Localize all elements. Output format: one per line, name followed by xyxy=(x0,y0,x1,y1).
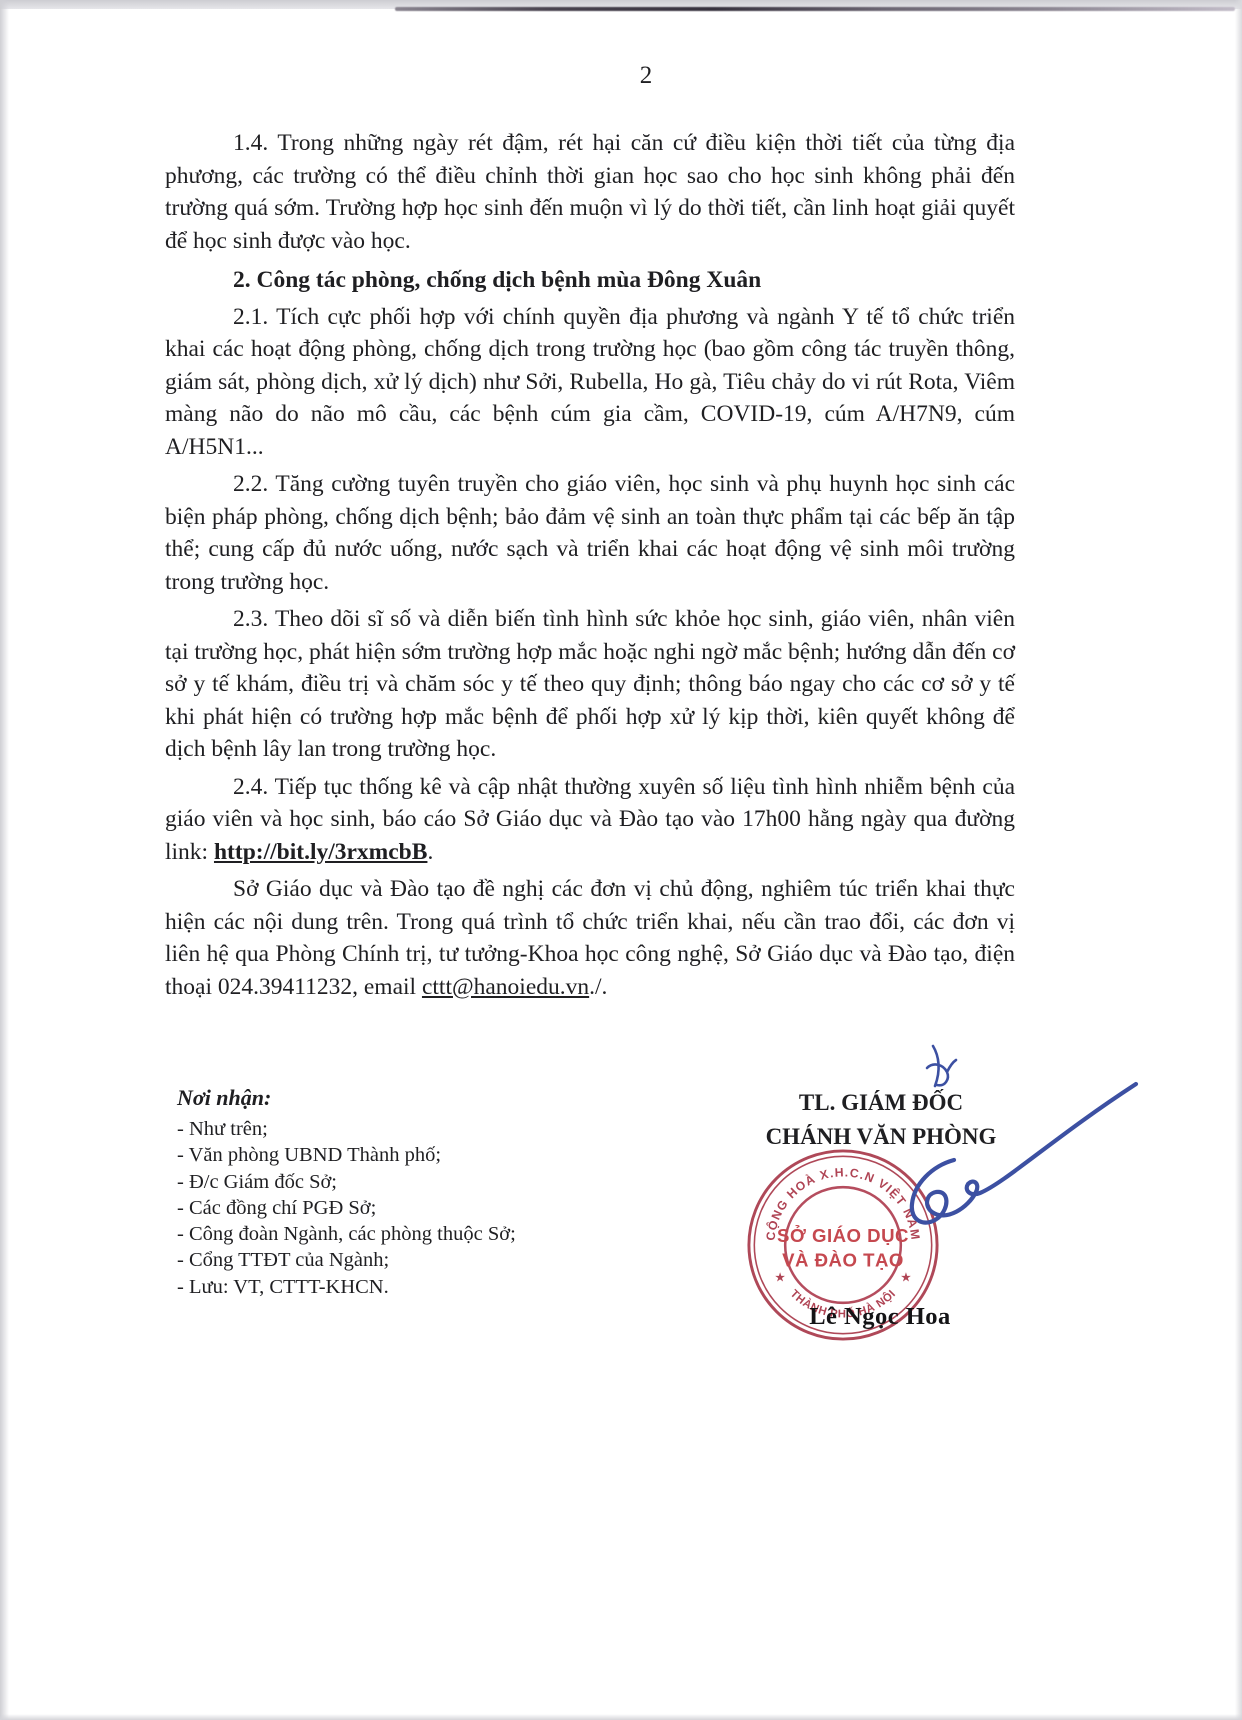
recipients-label: Nơi nhận: xyxy=(177,1085,516,1111)
closing-paragraph-end: ./. xyxy=(589,974,607,1000)
paragraph-1-4: 1.4. Trong những ngày rét đậm, rét hại c… xyxy=(165,127,1015,257)
report-link[interactable]: http://bit.ly/3rxmcbB xyxy=(214,839,427,865)
paragraph-2-4: 2.4. Tiếp tục thống kê và cập nhật thườn… xyxy=(165,771,1015,869)
paragraph-2-3: 2.3. Theo dõi sĩ số và diễn biến tình hì… xyxy=(165,603,1015,766)
recipient-item: - Như trên; xyxy=(177,1116,516,1142)
recipient-item: - Cổng TTĐT của Ngành; xyxy=(177,1247,516,1273)
recipient-item: - Công đoàn Ngành, các phòng thuộc Sở; xyxy=(177,1221,516,1247)
paragraph-2-1: 2.1. Tích cực phối hợp với chính quyền đ… xyxy=(165,301,1015,464)
handwritten-signature xyxy=(878,1068,1146,1243)
recipient-item: - Văn phòng UBND Thành phố; xyxy=(177,1142,516,1168)
stamp-star-left-icon: ★ xyxy=(774,1270,785,1285)
page-number: 2 xyxy=(221,0,1071,90)
section-2-heading: 2. Công tác phòng, chống dịch bệnh mùa Đ… xyxy=(165,264,1015,297)
document-page: 2 1.4. Trong những ngày rét đậm, rét hại… xyxy=(0,0,1242,1720)
scan-smudge xyxy=(395,7,1235,11)
paragraph-2-4-period: . xyxy=(427,839,433,865)
scan-edge-right xyxy=(1235,0,1242,1720)
stamp-star-right-icon: ★ xyxy=(900,1270,911,1285)
pen-initials-mark xyxy=(921,1042,959,1094)
recipient-item: - Đ/c Giám đốc Sở; xyxy=(177,1169,516,1195)
recipient-item: - Lưu: VT, CTTT-KHCN. xyxy=(177,1274,516,1300)
recipients-block: Nơi nhận: - Như trên; - Văn phòng UBND T… xyxy=(177,1085,516,1300)
scan-edge-bottom xyxy=(0,1714,1242,1720)
stamp-center-line2: VÀ ĐÀO TẠO xyxy=(782,1250,904,1271)
signer-name: Lê Ngọc Hoa xyxy=(700,1303,1060,1331)
document-body: 2 1.4. Trong những ngày rét đậm, rét hại… xyxy=(165,0,1015,1003)
paragraph-2-2: 2.2. Tăng cường tuyên truyền cho giáo vi… xyxy=(165,468,1015,598)
email-link[interactable]: cttt@hanoiedu.vn xyxy=(422,974,589,1000)
recipient-item: - Các đồng chí PGĐ Sở; xyxy=(177,1195,516,1221)
closing-paragraph: Sở Giáo dục và Đào tạo đề nghị các đơn v… xyxy=(165,873,1015,1003)
scan-edge-left xyxy=(0,0,9,1720)
